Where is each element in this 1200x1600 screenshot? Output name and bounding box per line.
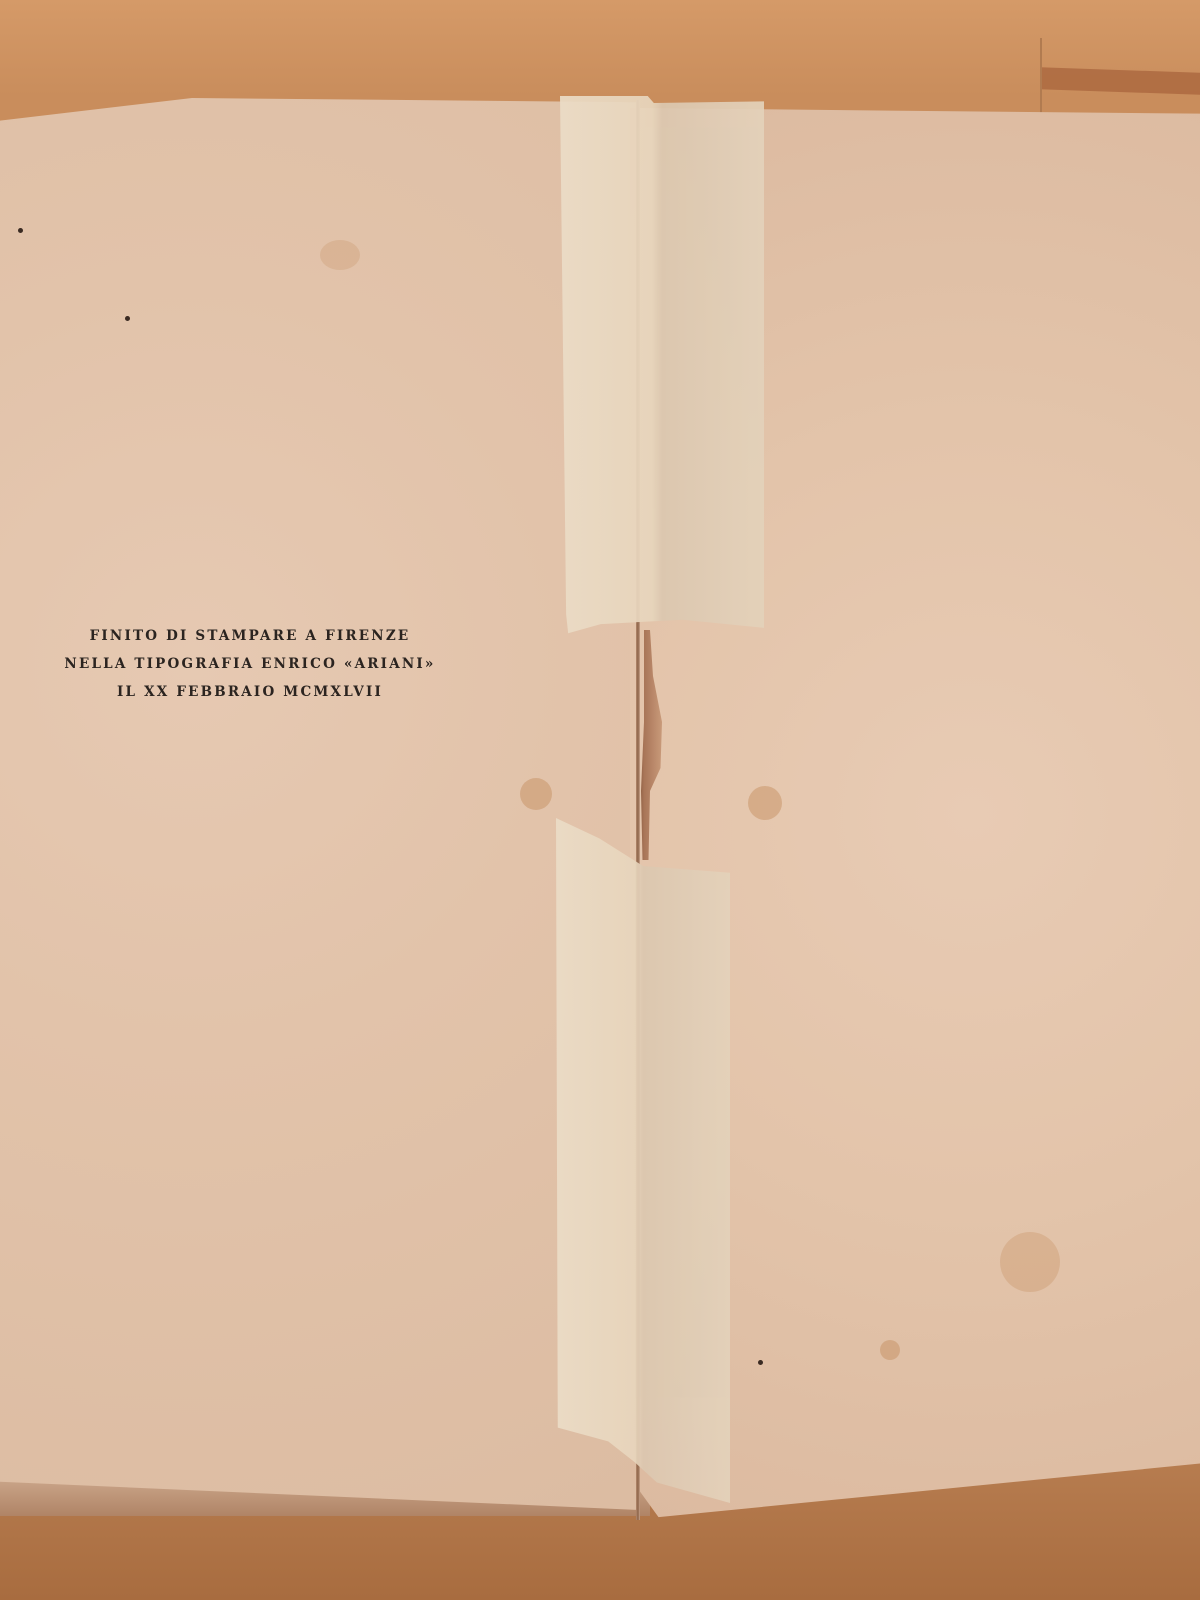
colophon-line-2: NELLA TIPOGRAFIA ENRICO «ARIANI» <box>50 650 450 678</box>
colophon-line-1: FINITO DI STAMPARE A FIRENZE <box>50 622 450 650</box>
adhesive-tape-bottom <box>556 818 730 1503</box>
colophon-line-3: IL XX FEBBRAIO MCMXLVII <box>50 678 450 706</box>
foxing-stain <box>520 778 552 810</box>
foxing-stain <box>748 786 782 820</box>
wood-seam <box>1040 38 1042 118</box>
ink-speck <box>18 228 23 233</box>
foxing-stain <box>1000 1232 1060 1292</box>
ink-speck <box>125 316 130 321</box>
foxing-stain <box>320 240 360 270</box>
ink-speck <box>758 1360 763 1365</box>
colophon-text: FINITO DI STAMPARE A FIRENZE NELLA TIPOG… <box>50 622 450 706</box>
adhesive-tape-top <box>560 96 764 636</box>
wood-grain-dark <box>1040 67 1200 95</box>
foxing-stain <box>880 1340 900 1360</box>
